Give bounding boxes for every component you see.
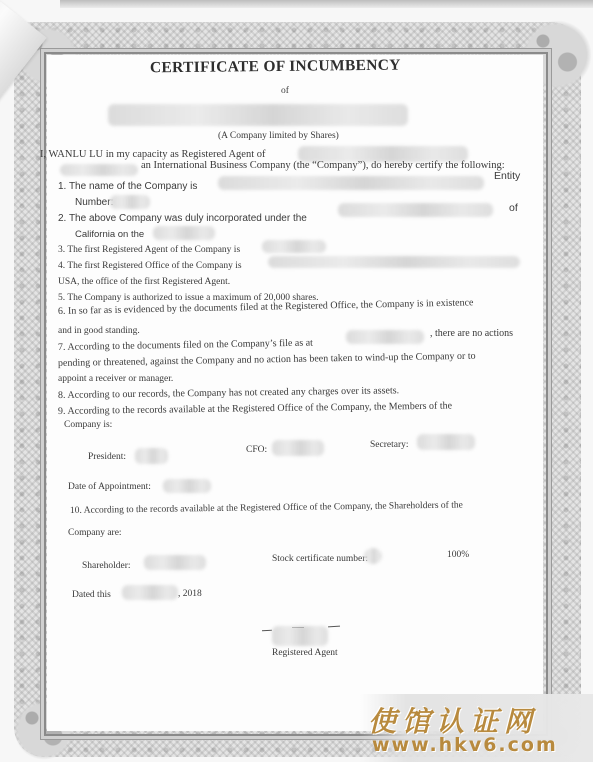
item-2-line-1: 2. The above Company was duly incorporat… [58,213,307,224]
president-label: President: [88,452,126,462]
item-3: 3. The first Registered Agent of the Com… [58,245,240,255]
item-6-line-2: and in good standing. [58,326,140,336]
item-1-line-1: 1. The name of the Company is [58,181,197,192]
redacted-president [135,448,168,464]
redacted-jurisdiction [60,164,138,176]
redacted-entity-number [110,195,150,209]
watermark-url: www.hkv6.com [372,734,558,756]
share-percentage: 100% [447,550,469,560]
item-2-line-2: California on the [75,229,144,240]
redacted-secretary [417,434,475,450]
of-label: of [281,86,289,96]
paper-edge [60,0,593,8]
redacted-date [122,585,178,600]
item-2-of: of [509,202,518,214]
intro-line-2: an International Business Company (the “… [141,160,505,171]
redacted-file-date [346,330,424,344]
redacted-office-address [268,256,520,268]
redacted-jurisdiction-law [338,203,493,217]
dated-year: , 2018 [178,589,202,599]
redacted-cfo [272,440,324,456]
shareholder-label: Shareholder: [82,561,131,571]
intro-line-1: I, WANLU LU in my capacity as Registered… [40,149,266,160]
entity-label: Entity [494,170,520,182]
stock-certificate-label: Stock certificate number: [272,554,368,564]
redacted-incorporation-date [153,226,215,240]
redacted-company-name [108,104,408,126]
company-type: (A Company limited by Shares) [218,131,339,141]
redacted-certificate-number [364,548,382,564]
cfo-label: CFO: [246,445,267,455]
redacted-appointment-date [163,479,211,493]
item-7-line-3: appoint a receiver or manager. [58,374,173,384]
item-9-line-2: Company is: [64,420,112,430]
certificate-title: CERTIFICATE OF INCUMBENCY [150,57,401,78]
dated-prefix: Dated this [72,590,111,600]
appointment-label: Date of Appointment: [68,482,151,492]
item-4-line-1: 4. The first Registered Office of the Co… [58,261,242,271]
redacted-shareholder [144,555,206,570]
redacted-name [218,176,484,190]
redacted-signature [272,626,328,646]
redacted-agent [262,240,326,253]
item-7-line-1b: , there are no actions [430,328,513,339]
item-10-line-2: Company are: [68,528,122,538]
item-1-line-2: Number: [75,197,113,208]
item-4-line-2: USA, the office of the first Registered … [58,277,230,287]
scanned-certificate: CERTIFICATE OF INCUMBENCY of (A Company … [0,0,593,762]
secretary-label: Secretary: [370,440,409,450]
registered-agent-label: Registered Agent [272,648,338,658]
